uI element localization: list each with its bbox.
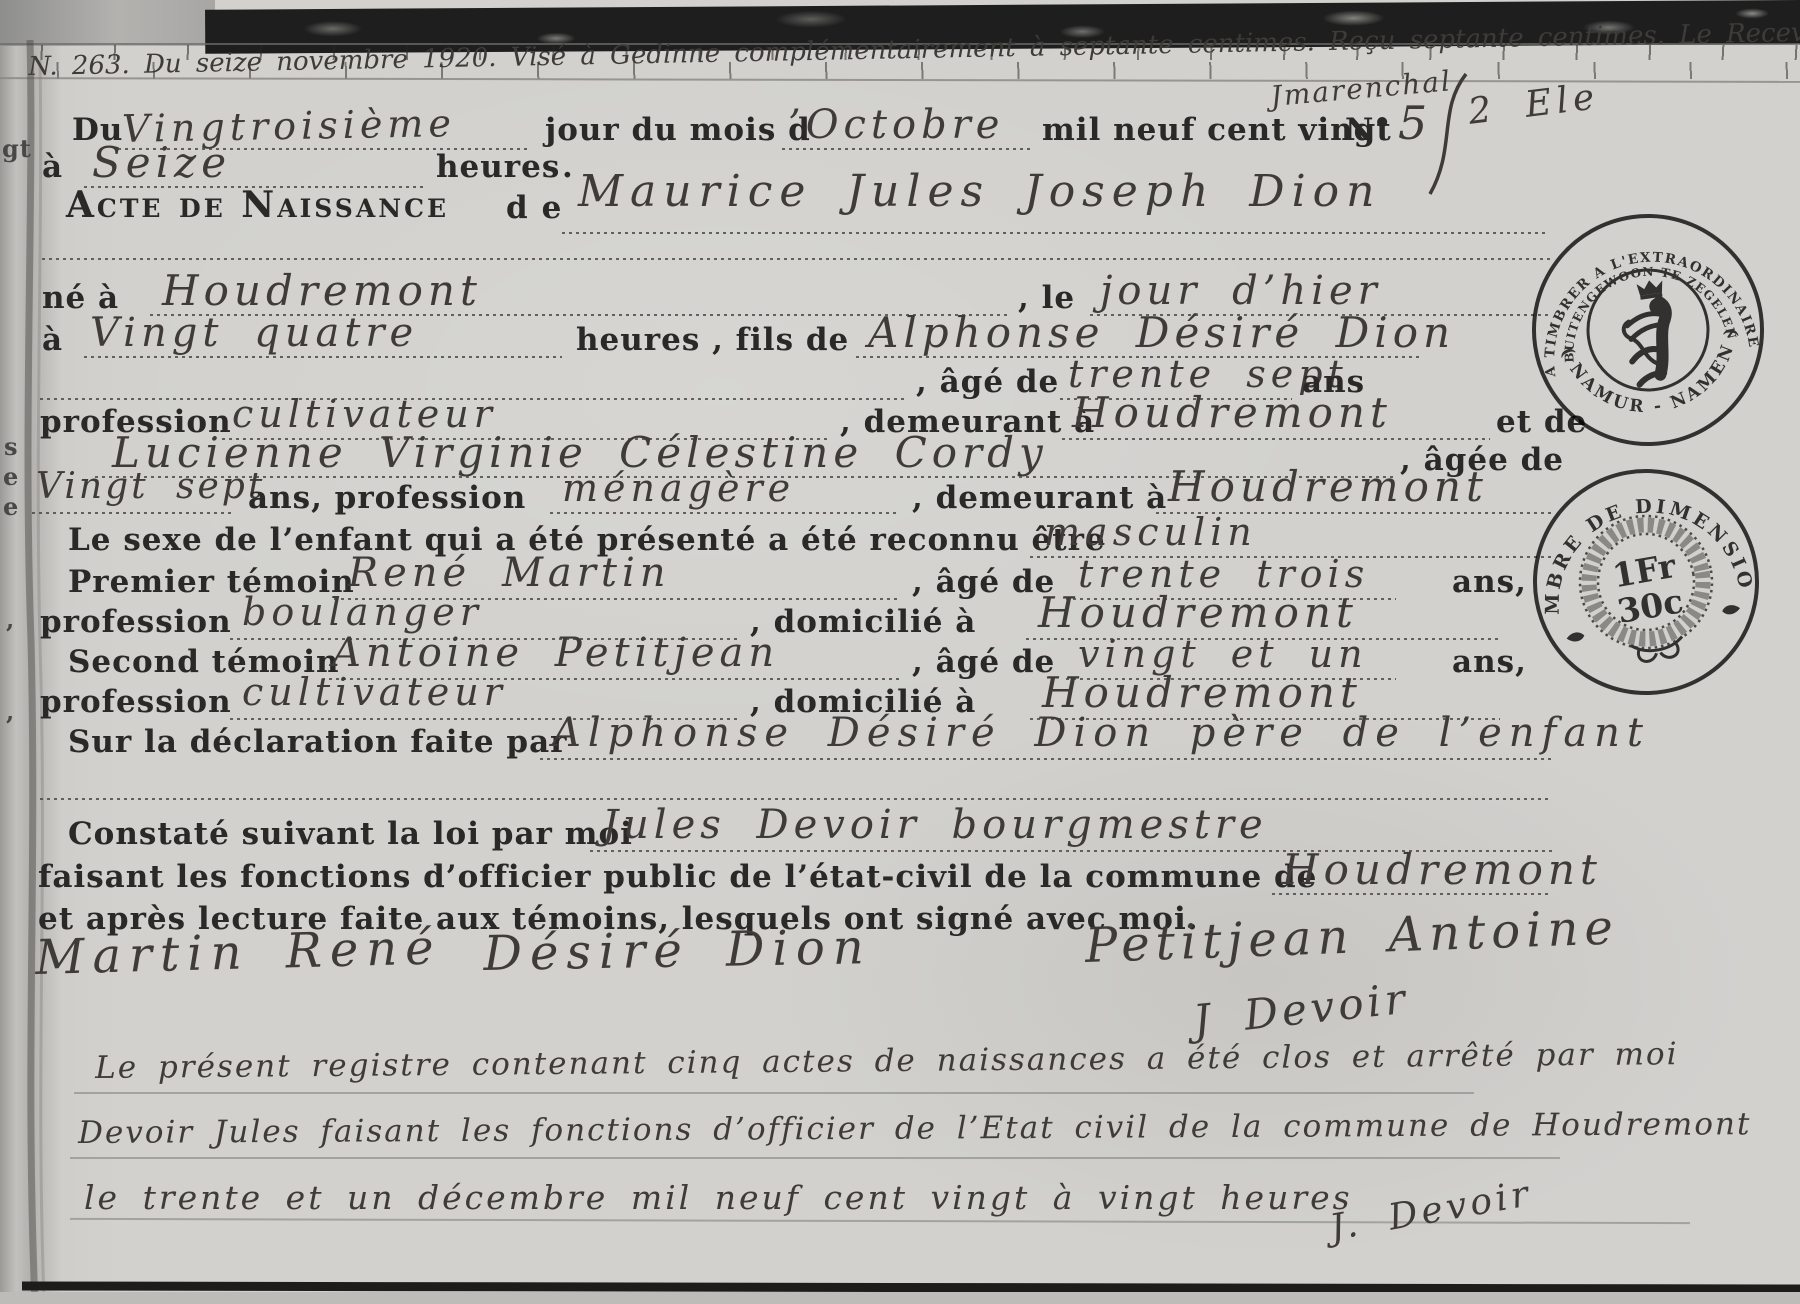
gutter-fragment: ’ (5, 620, 15, 650)
constate-label: Constaté suivant la loi par moi (68, 816, 633, 852)
declarant-value: Alphonse Désiré Dion père de l’enfant (552, 710, 1650, 756)
witness1-age-label: , âgé de (912, 564, 1055, 600)
dotted-line (782, 148, 1032, 150)
next-page-edge (0, 1292, 1800, 1304)
witness1-domicile-label: , domicilié à (750, 604, 976, 640)
witness1-profession-label: profession (40, 604, 232, 640)
dotted-line (562, 232, 1547, 234)
commune-value: Houdremont (1282, 845, 1602, 894)
closing-line-2: Devoir Jules faisant les fonctions d’off… (78, 1106, 1751, 1151)
witness1-ans-label: ans, (1452, 564, 1527, 600)
a-label: à (42, 322, 63, 358)
stamp-dimension: TIMBRE DE DIMENSION 1Fr 30c (1526, 462, 1766, 702)
month-value: ’Octobre (788, 102, 1004, 148)
act-title: Acte de Naissance (66, 184, 449, 226)
gutter-fragment: s (4, 432, 19, 461)
closing-line-1: Le présent registre contenant cinq actes… (95, 1036, 1679, 1086)
witness2-profession-label: profession (40, 684, 232, 720)
heures-fils-label: heures , fils de (576, 322, 849, 358)
fee-note: 2 Ele (1466, 76, 1601, 133)
father-age-label: , âgé de (916, 364, 1059, 400)
closing-signature: J. Devoir (1327, 1173, 1535, 1249)
witness1-profession-value: boulanger (242, 590, 483, 634)
dotted-line (1062, 438, 1490, 440)
dotted-line (40, 798, 1552, 800)
gutter-shadow (0, 0, 70, 1304)
witness2-ans-label: ans, (1452, 644, 1527, 680)
witness1-domicile-value: Houdremont (1038, 588, 1358, 637)
closing-line-3: le trente et un décembre mil neuf cent v… (84, 1178, 1353, 1217)
father-residence-value: Houdremont (1072, 388, 1392, 437)
gutter-fragment: gt (2, 134, 32, 163)
father-name-value: Alphonse Désiré Dion (868, 308, 1455, 357)
gutter-fragment: e (3, 492, 19, 521)
signature-father: Désiré Dion (483, 919, 872, 982)
dotted-line (84, 356, 562, 358)
period: . (562, 149, 574, 185)
mother-age-value: Vingt sept (36, 466, 265, 507)
register-page: gt s e e ’ ’ N. 263. Du seize novembre 1… (0, 0, 1800, 1304)
witness2-profession-value: cultivateur (242, 670, 507, 714)
ruled-line (74, 1092, 1474, 1094)
act-title-de: de (506, 190, 575, 226)
fonctions-label: faisant les fonctions d’officier public … (38, 859, 1317, 895)
act-number-label: N° (1345, 112, 1391, 148)
signature-officier: J Devoir (1191, 974, 1411, 1045)
mother-profession-value: ménagère (562, 466, 795, 510)
year-label: mil neuf cent vingt (1042, 112, 1392, 148)
mother-ans-profession-label: ans, profession (248, 480, 526, 516)
dotted-line (540, 758, 1552, 760)
ruled-line (70, 1157, 1560, 1159)
declaration-label: Sur la déclaration faite par (68, 724, 568, 760)
gutter-fragment: ’ (5, 712, 15, 742)
heures-label: heures (436, 149, 560, 185)
gutter-fragment: e (3, 462, 19, 491)
child-name: Maurice Jules Joseph Dion (578, 166, 1381, 217)
ribbon-bow (1631, 637, 1685, 664)
laurel-tip-icon (1566, 631, 1585, 643)
signature-witness1: Martin René (35, 919, 443, 986)
birth-hour-value: Vingt quatre (90, 310, 418, 356)
witness2-age-label: , âgé de (912, 644, 1055, 680)
hour-prefix: à (42, 149, 63, 185)
dotted-line (32, 512, 234, 514)
dotted-line (550, 512, 900, 514)
birthplace-value: Houdremont (162, 266, 482, 315)
stamp-extraordinaire: A TIMBRER A L'EXTRAORDINAIRE BUITENGEWOO… (1523, 205, 1773, 455)
dotted-line (42, 258, 1552, 260)
month-label: jour du mois d (545, 112, 811, 148)
mother-residence-value: Houdremont (1168, 462, 1488, 511)
act-number-value: 5 (1398, 96, 1432, 150)
lion-emblem (1620, 297, 1677, 386)
sex-value: masculin (1044, 510, 1257, 554)
hour-value: Seize (92, 138, 231, 187)
officier-name-value: Jules Devoir bourgmestre (602, 802, 1268, 848)
dotted-line (1272, 893, 1552, 895)
laurel-tip-icon (1721, 604, 1740, 616)
